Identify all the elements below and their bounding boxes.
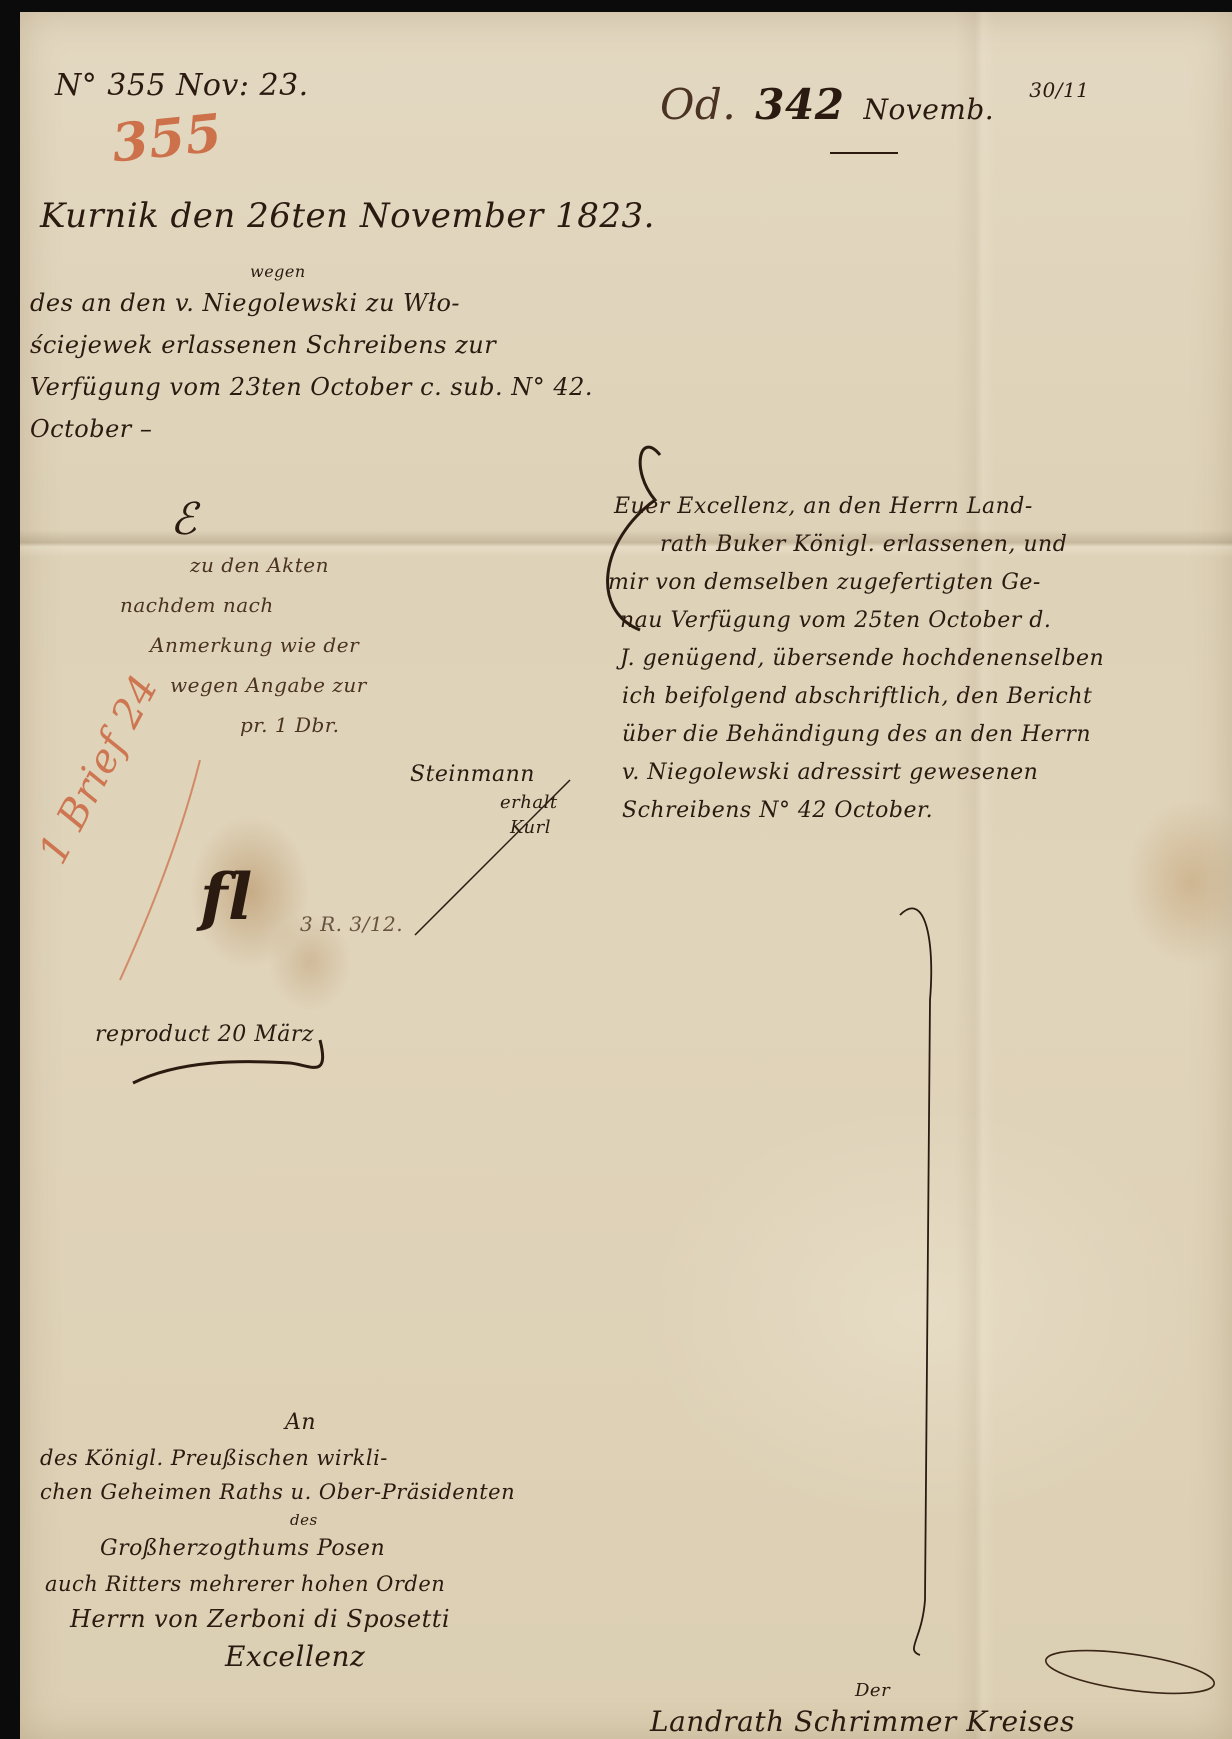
long-vertical-stroke xyxy=(900,908,931,1655)
pen-flourishes xyxy=(0,0,1232,1739)
signature-loop xyxy=(1043,1642,1216,1701)
red-crayon-arc xyxy=(120,760,200,980)
reply-underline xyxy=(133,1040,323,1083)
diagonal-stroke xyxy=(415,780,570,935)
capital-e-flourish xyxy=(608,447,660,630)
